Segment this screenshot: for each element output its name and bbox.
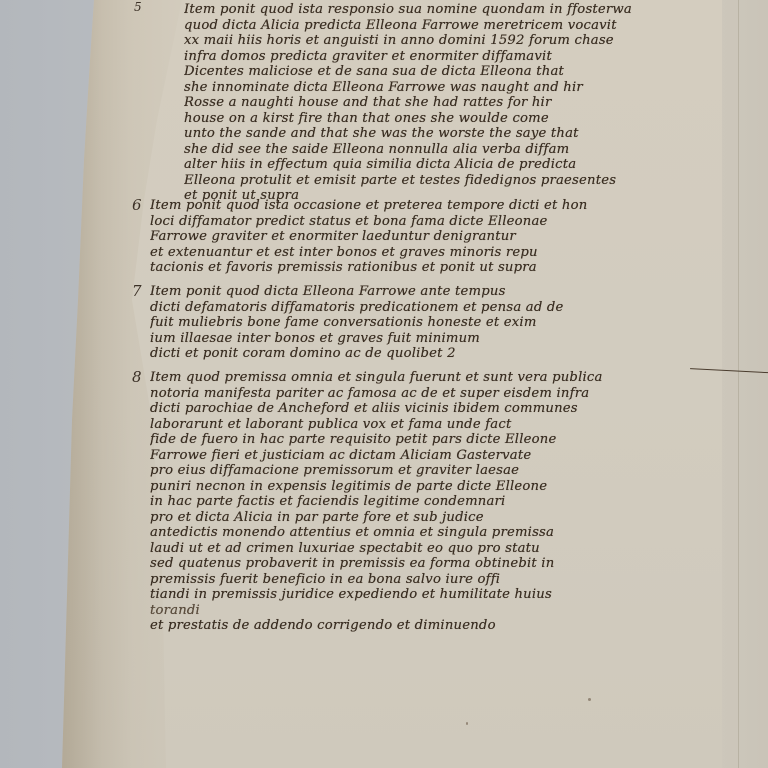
text-line: in hac parte factis et faciendis legitim… bbox=[150, 494, 603, 510]
text-line: loci diffamator predict status et bona f… bbox=[150, 214, 587, 230]
article-number: 8 bbox=[132, 368, 142, 386]
text-line: antedictis monendo attentius et omnia et… bbox=[150, 525, 603, 541]
text-line: xx maii hiis horis et anguisti in anno d… bbox=[184, 33, 632, 49]
text-line: puniri necnon in expensis legitimis de p… bbox=[150, 479, 603, 495]
text-line: dicti defamatoris diffamatoris predicati… bbox=[150, 300, 564, 316]
text-line: sed quatenus probaverit in premissis ea … bbox=[150, 556, 603, 572]
text-line: notoria manifesta pariter ac famosa ac d… bbox=[150, 386, 603, 402]
ink-speck bbox=[466, 722, 468, 725]
text-line: fide de fuero in hac parte requisito pet… bbox=[150, 432, 603, 448]
text-line: et extenuantur et est inter bonos et gra… bbox=[150, 245, 587, 261]
text-line: house on a kirst fire than that ones she… bbox=[184, 111, 632, 127]
text-line: she did see the saide Elleona nonnulla a… bbox=[184, 142, 632, 158]
ink-speck bbox=[588, 698, 591, 701]
text-line: Item quod premissa omnia et singula fuer… bbox=[150, 370, 603, 386]
text-line: dicti parochiae de Ancheford et aliis vi… bbox=[150, 401, 603, 417]
text-line: she innominate dicta Elleona Farrowe was… bbox=[184, 80, 632, 96]
text-line: Dicentes maliciose et de sana sua de dic… bbox=[184, 64, 632, 80]
text-line: Farrowe fieri et justiciam ac dictam Ali… bbox=[150, 448, 603, 464]
text-line: Elleona protulit et emisit parte et test… bbox=[184, 173, 632, 189]
article-number: 7 bbox=[132, 282, 142, 300]
text-line: pro eius diffamacione premissorum et gra… bbox=[150, 463, 603, 479]
text-line: Rosse a naughti house and that she had r… bbox=[184, 95, 632, 111]
article-lines: Item ponit quod dicta Elleona Farrowe an… bbox=[150, 284, 564, 362]
article-number: 5 bbox=[134, 0, 142, 14]
text-line: Item ponit quod dicta Elleona Farrowe an… bbox=[150, 284, 564, 300]
text-line: tiandi in premissis juridice expediendo … bbox=[150, 587, 603, 603]
text-line: fuit muliebris bone fame conversationis … bbox=[150, 315, 564, 331]
text-line: premissis fuerit beneficio in ea bona sa… bbox=[150, 572, 603, 588]
text-line: laudi ut et ad crimen luxuriae spectabit… bbox=[150, 541, 603, 557]
text-line: unto the sande and that she was the wors… bbox=[184, 126, 632, 142]
text-line: et prestatis de addendo corrigendo et di… bbox=[150, 618, 603, 634]
page-margin-line bbox=[738, 0, 739, 768]
article-number: 6 bbox=[132, 196, 142, 214]
adjacent-page-edge bbox=[718, 0, 768, 768]
text-line: Item ponit quod ista occasione et preter… bbox=[150, 198, 587, 214]
article-lines: Item ponit quod ista responsio sua nomin… bbox=[184, 2, 632, 204]
text-line: tacionis et favoris premissis rationibus… bbox=[150, 260, 587, 276]
text-line: dicti et ponit coram domino ac de quolib… bbox=[150, 346, 564, 362]
text-line: Item ponit quod ista responsio sua nomin… bbox=[184, 2, 632, 18]
text-line: Farrowe graviter et enormiter laeduntur … bbox=[150, 229, 587, 245]
text-line: pro et dicta Alicia in par parte fore et… bbox=[150, 510, 603, 526]
text-line: torandi bbox=[150, 603, 603, 619]
text-line: laborarunt et laborant publica vox et fa… bbox=[150, 417, 603, 433]
text-line: ium illaesae inter bonos et graves fuit … bbox=[150, 331, 564, 347]
article-lines: Item ponit quod ista occasione et preter… bbox=[150, 198, 587, 276]
text-line: quod dicta Alicia predicta Elleona Farro… bbox=[184, 18, 632, 34]
text-line: infra domos predicta graviter et enormit… bbox=[184, 49, 632, 65]
text-line: alter hiis in effectum quia similia dict… bbox=[184, 157, 632, 173]
article-lines: Item quod premissa omnia et singula fuer… bbox=[150, 370, 603, 634]
